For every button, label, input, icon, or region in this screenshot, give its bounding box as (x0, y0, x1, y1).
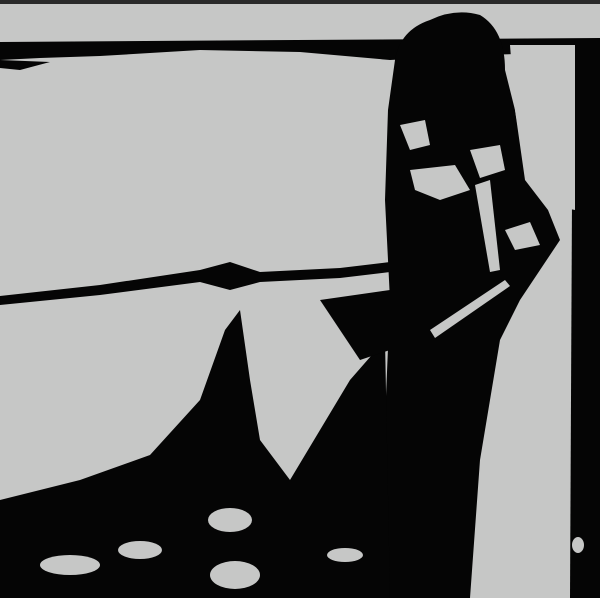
light-patch (40, 555, 100, 575)
photograph (0, 0, 600, 598)
top-edge (0, 0, 600, 4)
photo-frame (0, 0, 600, 598)
